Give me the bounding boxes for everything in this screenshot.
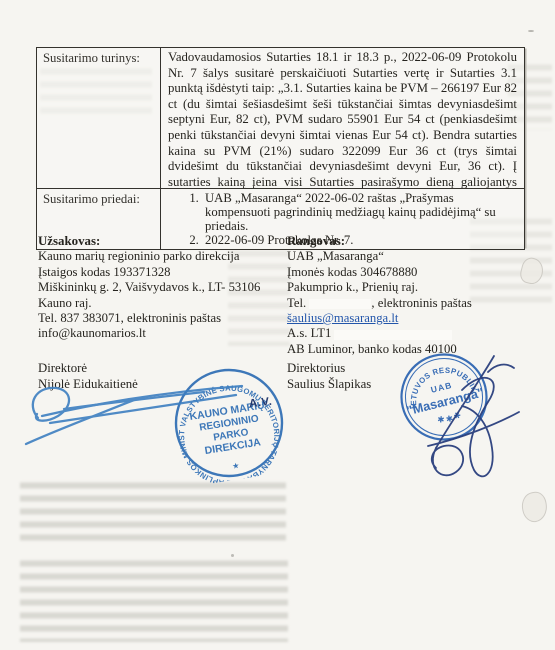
client-name: Kauno marių regioninio parko direkcija bbox=[38, 249, 286, 264]
client-address: Miškininkų g. 2, Vaišvydavos k., LT- 531… bbox=[38, 280, 286, 295]
bleedthrough-text bbox=[20, 556, 288, 642]
contractor-signature bbox=[392, 350, 528, 498]
client-phone: Tel. 837 383071, elektroninis paštas bbox=[38, 311, 286, 326]
contractor-account: A.s. LT1 bbox=[287, 326, 549, 341]
client-block: Užsakovas: Kauno marių regioninio parko … bbox=[38, 234, 286, 342]
scanned-document: { "colors": { "paper": "#f6f5f1", "ink":… bbox=[0, 0, 555, 650]
attachment-item: UAB „Masaranga“ 2022-06-02 raštas „Prašy… bbox=[202, 191, 518, 233]
agreement-table: Susitarimo turinys: Vadovaudamosios Suta… bbox=[36, 47, 525, 250]
client-signature bbox=[24, 378, 252, 450]
contractor-phone: Tel. , elektroninis paštas bbox=[287, 296, 549, 311]
contractor-code: Įmonės kodas 304678880 bbox=[287, 265, 549, 280]
bleedthrough-text bbox=[20, 478, 286, 544]
av-seal-place-mark: A.V. bbox=[248, 396, 272, 410]
client-signatory-title: Direktorė bbox=[38, 361, 138, 377]
phone-prefix: Tel. bbox=[287, 296, 306, 310]
client-code: Įstaigos kodas 193371328 bbox=[38, 265, 286, 280]
contractor-block: Rangovas: UAB „Masaranga“ Įmonės kodas 3… bbox=[287, 234, 549, 357]
scan-speck bbox=[528, 30, 534, 32]
stamp-star-icon: ★ bbox=[232, 461, 240, 471]
contractor-signatory-title: Direktorius bbox=[287, 361, 371, 377]
redacted-phone bbox=[309, 299, 371, 309]
redacted-account bbox=[334, 330, 452, 340]
contractor-heading: Rangovas: bbox=[287, 234, 549, 249]
contractor-name: UAB „Masaranga“ bbox=[287, 249, 549, 264]
client-email: info@kaunomarios.lt bbox=[38, 326, 286, 341]
contractor-signatory: Direktorius Saulius Šlapikas bbox=[287, 361, 371, 392]
client-district: Kauno raj. bbox=[38, 296, 286, 311]
phone-suffix: , elektroninis paštas bbox=[371, 296, 471, 310]
account-prefix: A.s. LT1 bbox=[287, 326, 331, 340]
row-contents-text: Vadovaudamosios Sutarties 18.1 ir 18.3 p… bbox=[161, 48, 524, 188]
contractor-address: Pakumprio k., Prienių raj. bbox=[287, 280, 549, 295]
client-heading: Užsakovas: bbox=[38, 234, 286, 249]
contractor-signatory-name: Saulius Šlapikas bbox=[287, 377, 371, 393]
row-contents-label: Susitarimo turinys: bbox=[37, 48, 161, 188]
contractor-email-link[interactable]: šaulius@masaranga.lt bbox=[287, 311, 549, 326]
scan-speck bbox=[231, 554, 234, 557]
